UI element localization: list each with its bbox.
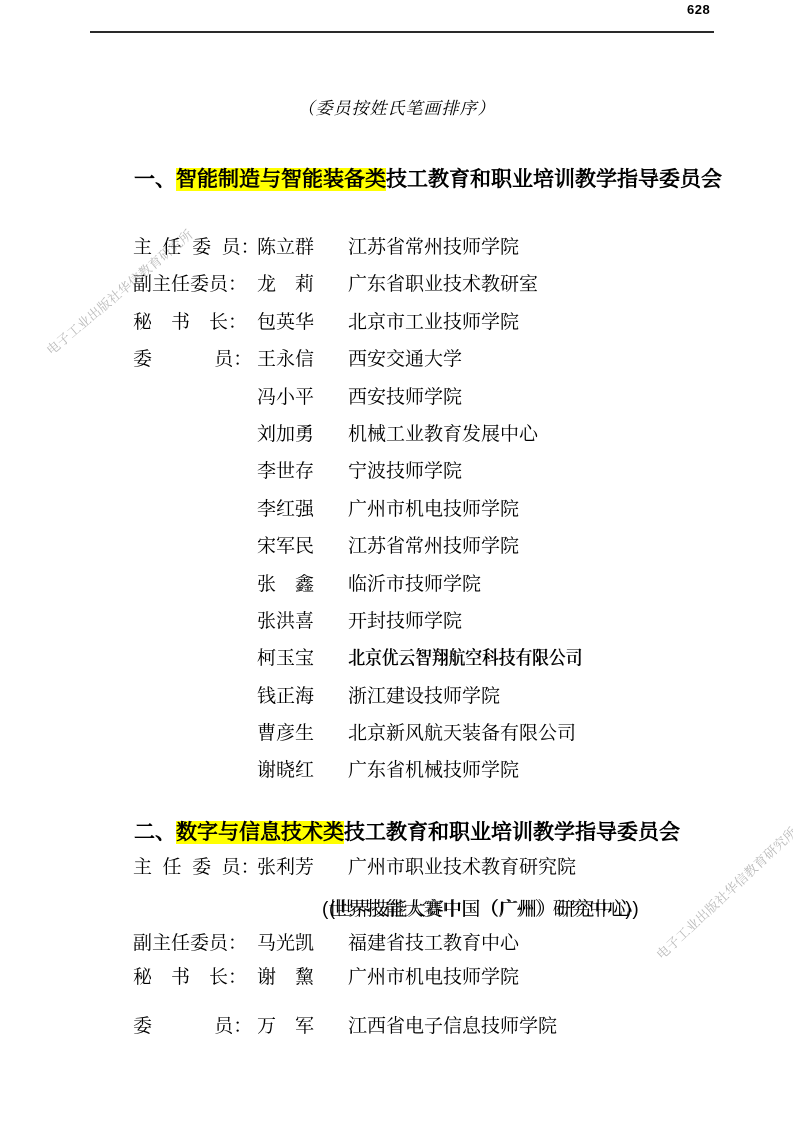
member-org: 广东省职业技术教研室 [348,274,538,311]
member-row: 宋军民江苏省常州技师学院 [133,536,753,573]
member-org: 北京优云智翔航空科技有限公司 [348,648,582,685]
role-label [133,574,257,611]
section-2-member-list: 主 任 委 员：张利芳广州市职业技术教育研究院 (世界技能大赛中国（广州）研究中… [133,857,753,1054]
member-row: 委 员：万 军江西省电子信息技师学院 [133,1016,753,1053]
member-row: 张 鑫临沂市技师学院 [133,574,753,611]
role-label [133,461,257,498]
member-org: 广州市机电技师学院 [348,967,519,1016]
section-highlight: 智能制造与智能装备类 [176,168,386,191]
member-org: 浙江建设技师学院 [348,686,500,723]
role-label [133,536,257,573]
role-label [133,611,257,648]
member-org: 江苏省常州技师学院 [348,237,519,274]
org-annotation-overlapped: (世界技能大赛中国（广州）研究中心)(世界技能大赛中国（广州）研究中心) [133,894,753,933]
member-name: 刘加勇 [257,424,348,461]
member-name: 曹彦生 [257,723,348,760]
member-org: 西安交通大学 [348,349,462,386]
section-number: 一、 [134,168,176,191]
member-row: 秘 书 长：包英华北京市工业技师学院 [133,312,753,349]
section-2-heading: 二、数字与信息技术类技工教育和职业培训教学指导委员会 [90,817,724,848]
member-name: 李世存 [257,461,348,498]
member-org: 宁波技师学院 [348,461,462,498]
section-1-member-list: 主 任 委 员：陈立群江苏省常州技师学院 副主任委员：龙 莉广东省职业技术教研室… [133,237,753,798]
member-name: 陈立群 [257,237,348,274]
member-row: 刘加勇机械工业教育发展中心 [133,424,753,461]
section-title-rest: 技工教育和职业培训教学指导委员会 [344,821,680,844]
role-label: 副主任委员： [133,933,257,967]
role-label: 副主任委员： [133,274,257,311]
role-label: 主 任 委 员： [133,857,257,894]
member-row: 委 员：王永信西安交通大学 [133,349,753,386]
member-name: 宋军民 [257,536,348,573]
member-org: 北京新风航天装备有限公司 [348,723,576,760]
role-label: 主 任 委 员： [133,237,257,274]
member-org: 江西省电子信息技师学院 [348,1016,557,1053]
member-org: 北京市工业技师学院 [348,312,519,349]
member-row: 钱正海浙江建设技师学院 [133,686,753,723]
member-row: 副主任委员：马光凯福建省技工教育中心 [133,933,753,967]
member-name: 谢 黧 [257,967,348,1016]
section-number: 二、 [134,821,176,844]
member-row: 李红强广州市机电技师学院 [133,499,753,536]
member-row: 曹彦生北京新风航天装备有限公司 [133,723,753,760]
member-row: 李世存宁波技师学院 [133,461,753,498]
org-annotation-copy: (世界技能大赛中国（广州）研究中心) [329,894,631,921]
role-label: 委 员： [133,349,257,386]
member-name: 谢晓红 [257,760,348,797]
role-label: 委 员： [133,1016,257,1053]
section-1-heading: 一、智能制造与智能装备类技工教育和职业培训教学指导委员会 [90,164,724,195]
member-name: 龙 莉 [257,274,348,311]
role-label [133,499,257,536]
role-label [133,760,257,797]
member-row: 柯玉宝北京优云智翔航空科技有限公司 [133,648,753,685]
role-label [133,723,257,760]
sort-order-note: （委员按姓氏笔画排序） [0,94,793,119]
member-row: 副主任委员：龙 莉广东省职业技术教研室 [133,274,753,311]
member-org: 机械工业教育发展中心 [348,424,538,461]
member-org: 福建省技工教育中心 [348,933,519,967]
member-name: 张利芳 [257,857,348,894]
member-row: 主 任 委 员：陈立群江苏省常州技师学院 [133,237,753,274]
member-org: 广东省机械技师学院 [348,760,519,797]
member-name: 李红强 [257,499,348,536]
member-name: 张洪喜 [257,611,348,648]
member-org: 开封技师学院 [348,611,462,648]
header-rule [90,31,714,33]
member-org: 广州市机电技师学院 [348,499,519,536]
role-label [133,648,257,685]
member-name: 柯玉宝 [257,648,348,685]
member-name: 万 军 [257,1016,348,1053]
role-label [133,686,257,723]
member-org: 临沂市技师学院 [348,574,481,611]
member-row: 秘 书 长：谢 黧广州市机电技师学院 [133,967,753,1016]
role-label: 秘 书 长： [133,312,257,349]
role-label: 秘 书 长： [133,967,257,1016]
member-row: 张洪喜开封技师学院 [133,611,753,648]
member-row: 主 任 委 员：张利芳广州市职业技术教育研究院 [133,857,753,894]
member-org: 广州市职业技术教育研究院 [348,857,576,894]
member-row: 谢晓红广东省机械技师学院 [133,760,753,797]
member-org: 江苏省常州技师学院 [348,536,519,573]
member-name: 包英华 [257,312,348,349]
member-name: 王永信 [257,349,348,386]
member-name: 马光凯 [257,933,348,967]
role-label [133,387,257,424]
member-row: 冯小平西安技师学院 [133,387,753,424]
role-label [133,424,257,461]
section-highlight: 数字与信息技术类 [176,821,344,844]
member-name: 张 鑫 [257,574,348,611]
member-org: 西安技师学院 [348,387,462,424]
member-name: 冯小平 [257,387,348,424]
member-name: 钱正海 [257,686,348,723]
section-title-rest: 技工教育和职业培训教学指导委员会 [386,168,722,191]
page-number: 628 [687,2,710,17]
